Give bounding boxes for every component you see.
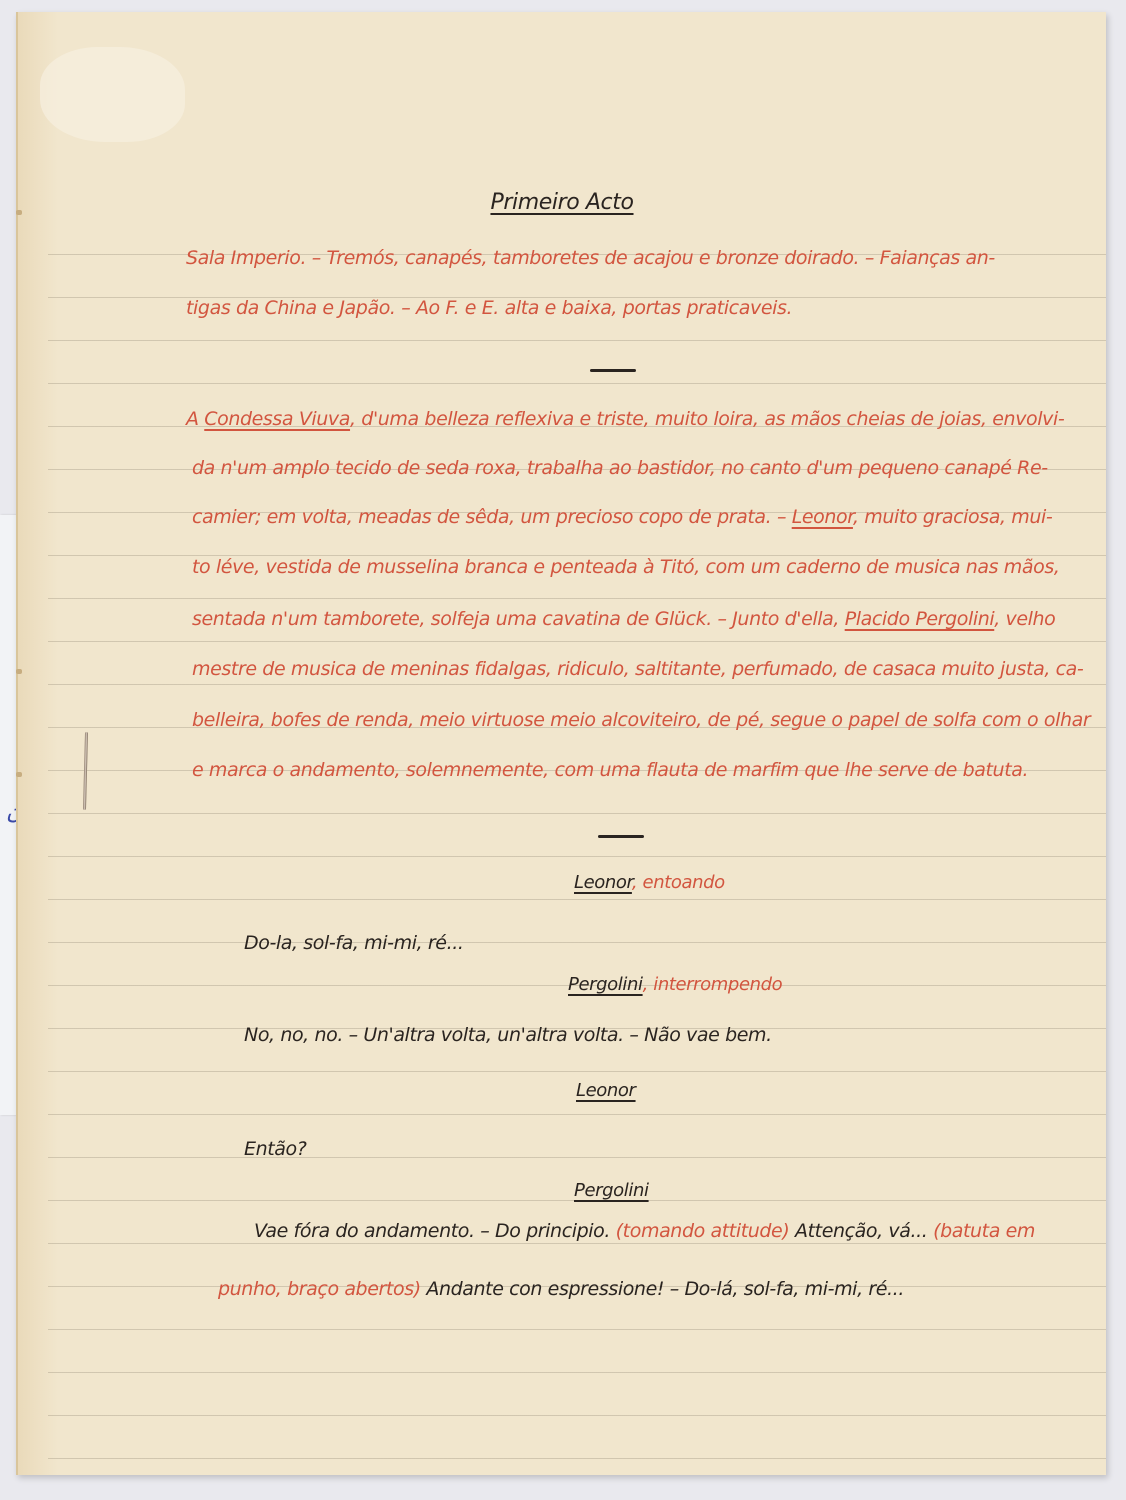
stage-direction-line: A Condessa Viuva, d'uma belleza reflexiv… xyxy=(186,408,1064,430)
stage-direction-line: belleira, bofes de renda, meio virtuose … xyxy=(192,709,1090,731)
speaker-heading: Pergolini, interrompendo xyxy=(568,974,782,995)
binding-notch xyxy=(16,669,22,674)
stage-direction-line: e marca o andamento, solemnemente, com u… xyxy=(192,759,1028,781)
scene-line: tigas da China e Japão. – Ao F. e E. alt… xyxy=(186,297,792,319)
speaker-heading: Pergolini xyxy=(574,1180,649,1201)
embossed-stamp xyxy=(40,47,185,142)
character-name: Condessa Viuva xyxy=(204,408,350,430)
speaker-name: Leonor xyxy=(574,872,632,893)
stage-direction-line: da n'um amplo tecido de seda roxa, traba… xyxy=(192,457,1048,479)
inline-stage-direction: punho, braço abertos) xyxy=(218,1278,421,1300)
speaker-direction: , interrompendo xyxy=(643,974,783,995)
dialogue-speech: No, no, no. – Un'altra volta, un'altra v… xyxy=(244,1024,772,1046)
act-title: Primeiro Acto xyxy=(18,190,1106,215)
dialogue-speech: Vae fóra do andamento. – Do principio. (… xyxy=(254,1220,1035,1242)
speaker-heading: Leonor, entoando xyxy=(574,872,725,893)
speaker-direction: , entoando xyxy=(632,872,725,893)
stage-direction-line: sentada n'um tamborete, solfeja uma cava… xyxy=(192,608,1055,630)
dialogue-speech: punho, braço abertos) Andante con espres… xyxy=(218,1278,904,1300)
dialogue-speech: Do-la, sol-fa, mi-mi, ré... xyxy=(244,932,464,954)
character-name: Leonor xyxy=(792,506,853,528)
manuscript-page: Primeiro Acto Sala Imperio. – Tremós, ca… xyxy=(16,12,1106,1475)
stage-direction-line: mestre de musica de meninas fidalgas, ri… xyxy=(192,658,1083,680)
stage-direction-line: to léve, vestida de musselina branca e p… xyxy=(192,556,1060,578)
speaker-name: Leonor xyxy=(576,1080,636,1101)
scene-line: Sala Imperio. – Tremós, canapés, tambore… xyxy=(186,247,995,269)
character-name: Placido Pergolini xyxy=(845,608,995,630)
stage-direction-line: camier; em volta, meadas de sêda, um pre… xyxy=(192,506,1052,528)
inline-stage-direction: (tomando attitude) xyxy=(616,1220,790,1242)
speaker-heading: Leonor xyxy=(576,1080,636,1101)
section-divider xyxy=(590,369,636,372)
section-divider xyxy=(598,835,644,838)
binding-notch xyxy=(16,772,22,777)
act-title-text: Primeiro Acto xyxy=(490,190,633,215)
speaker-name: Pergolini xyxy=(568,974,643,995)
dialogue-speech: Então? xyxy=(244,1138,306,1160)
speaker-name: Pergolini xyxy=(574,1180,649,1201)
inline-stage-direction: (batuta em xyxy=(933,1220,1035,1242)
